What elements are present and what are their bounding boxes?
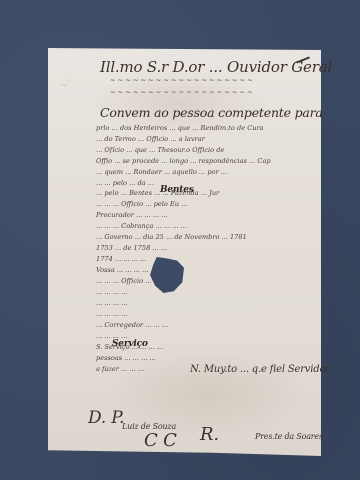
body-line: ... ... ... ... xyxy=(96,310,318,318)
signature-mark: C C xyxy=(144,430,177,451)
body-line: Offio ... se procede ... longo ... respo… xyxy=(96,157,318,165)
body-line: ... ... ... Officio ... pelo Eu ... xyxy=(96,200,318,208)
body-line: ... Corregedor ... ... ... xyxy=(96,321,318,329)
signature-mark: D. P. xyxy=(88,408,124,428)
body-line: ... quem ... Rondaer ... aquello ... por… xyxy=(96,168,318,176)
body-line: Procurador ... ... ... ... xyxy=(96,211,318,219)
body-line: ... ... ... Officio ... xyxy=(96,277,318,285)
signature-mark: R. xyxy=(200,424,219,445)
emphasized-word: Bentes xyxy=(160,185,194,195)
body-line: ... ... ... ... xyxy=(96,299,318,307)
emphasized-word: Serviço xyxy=(112,339,148,349)
body-line: pessoas ... ... ... ... xyxy=(96,354,318,362)
body-line: a fazer ... ... ... xyxy=(96,365,186,373)
body-line: ... ... ... ... xyxy=(96,288,318,296)
signature-name: Pres.te da Soares xyxy=(255,432,323,441)
faded-bleedthrough-line: ~ ~ ~ ~ ~ ~ ~ ~ ~ ~ ~ ~ ~ ~ ~ ~ ~ ~ ~ xyxy=(110,76,310,84)
body-line: prlo ... dos Herdeiros ... que ... Rendi… xyxy=(96,124,318,132)
body-line: 1774 ... ... ... ... xyxy=(96,255,318,263)
salutation: Ill.mo S.r D.or ... Ouvidor Geral xyxy=(100,58,332,76)
body-line: ... ... ... Cobrança ... ... ... ... xyxy=(96,222,318,230)
faded-bleedthrough-line: ~ ~ ~ ~ ~ ~ ~ ~ ~ ~ ~ ~ ~ ~ ~ ~ ~ ~ ~ xyxy=(110,88,310,96)
closing-signature: N. Muy.to ... q.e fiel Servidor xyxy=(190,364,330,375)
body-line: ... pelo ... Bentes ... ... Fazenda ... … xyxy=(96,189,318,197)
body-line: ... do Termo ... Officio ... a lavrar xyxy=(96,135,318,143)
body-line: 1753 ... de 1758 ... ... xyxy=(96,244,318,252)
body-line: ... ... pelo ... da ... xyxy=(96,179,318,187)
opening-line: Convem ao pessoa competente para xyxy=(100,105,323,120)
body-line-text: ... pelo ... Bentes ... ... Fazenda ... … xyxy=(96,189,219,197)
body-line: ... Governo ... dia 25 ... de Novembro .… xyxy=(96,233,318,241)
body-line: ... Ofício ... que ... Thesour.o Officio… xyxy=(96,146,318,154)
body-line: Vossa ... ... ... ... xyxy=(96,266,318,274)
